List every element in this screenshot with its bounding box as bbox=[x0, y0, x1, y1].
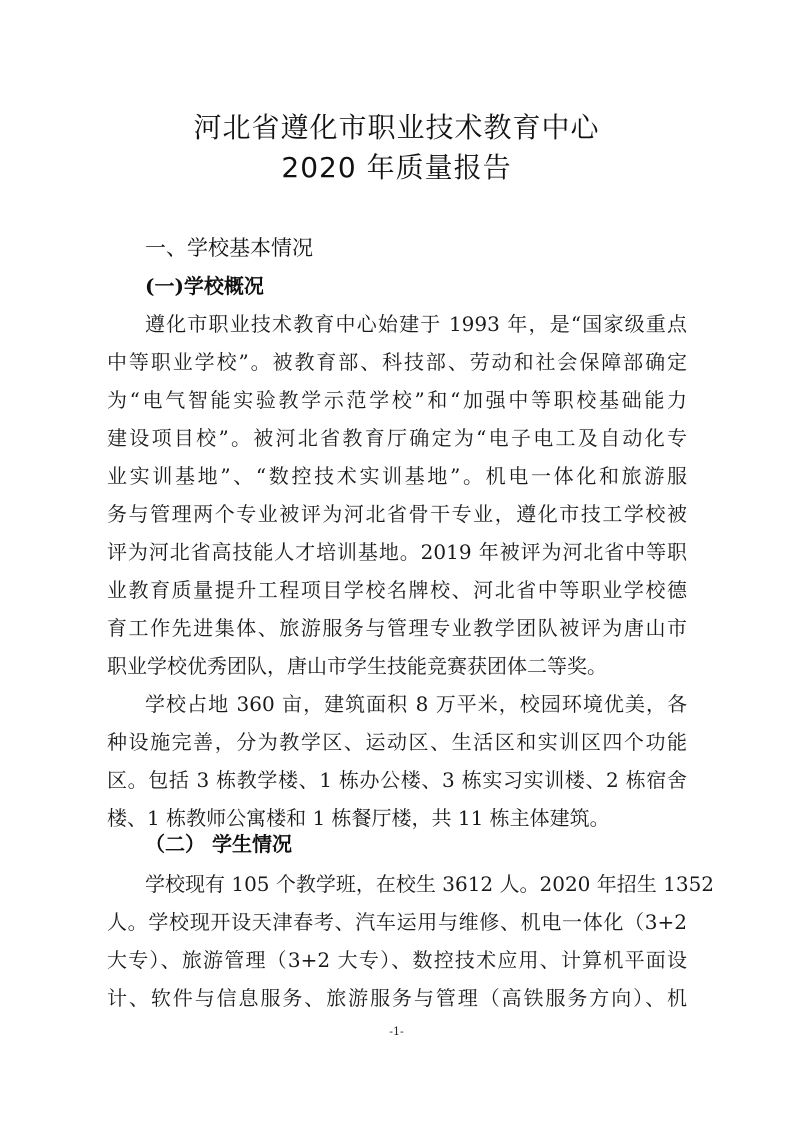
text-line: 业实训基地”、“数控技术实训基地”。机电一体化和旅游服 bbox=[107, 461, 687, 491]
text-line: 业教育质量提升工程项目学校名牌校、河北省中等职业学校德 bbox=[107, 575, 687, 605]
document-title-line-1: 河北省遵化市职业技术教育中心 bbox=[0, 110, 793, 146]
subsection-heading-school-overview: (一)学校概况 bbox=[145, 271, 264, 301]
text-line: 遵化市职业技术教育中心始建于 1993 年，是“国家级重点 bbox=[145, 309, 687, 339]
text-line: 学校现有 105 个教学班，在校生 3612 人。2020 年招生 1352 bbox=[145, 869, 687, 899]
document-page: 河北省遵化市职业技术教育中心 2020 年质量报告 一、学校基本情况 (一)学校… bbox=[0, 0, 793, 1122]
text-line: 学校占地 360 亩，建筑面积 8 万平米，校园环境优美，各 bbox=[145, 689, 687, 719]
text-line: 计、软件与信息服务、旅游服务与管理（高铁服务方向）、机 bbox=[107, 983, 687, 1013]
text-line: 区。包括 3 栋教学楼、1 栋办公楼、3 栋实习实训楼、2 栋宿舍 bbox=[107, 765, 687, 795]
document-title-line-2: 2020 年质量报告 bbox=[0, 150, 793, 186]
text-line: 职业学校优秀团队，唐山市学生技能竞赛获团体二等奖。 bbox=[107, 651, 687, 681]
text-line: 评为河北省高技能人才培训基地。2019 年被评为河北省中等职 bbox=[107, 537, 687, 567]
section-heading-basic-info: 一、学校基本情况 bbox=[145, 233, 313, 263]
text-line: 育工作先进集体、旅游服务与管理专业教学团队被评为唐山市 bbox=[107, 613, 687, 643]
text-line: 务与管理两个专业被评为河北省骨干专业，遵化市技工学校被 bbox=[107, 499, 687, 529]
text-line: 大专）、旅游管理（3+2 大专）、数控技术应用、计算机平面设 bbox=[107, 945, 687, 975]
text-line: 建设项目校”。被河北省教育厅确定为“电子电工及自动化专 bbox=[107, 423, 687, 453]
text-line: 中等职业学校”。被教育部、科技部、劳动和社会保障部确定 bbox=[107, 347, 687, 377]
subsection-heading-student-info: （二） 学生情况 bbox=[145, 829, 292, 859]
text-line: 人。学校现开设天津春考、汽车运用与维修、机电一体化（3+2 bbox=[107, 907, 687, 937]
page-number: -1- bbox=[0, 1025, 793, 1039]
text-line: 为“电气智能实验教学示范学校”和“加强中等职校基础能力 bbox=[107, 385, 687, 415]
text-line: 种设施完善，分为教学区、运动区、生活区和实训区四个功能 bbox=[107, 727, 687, 757]
